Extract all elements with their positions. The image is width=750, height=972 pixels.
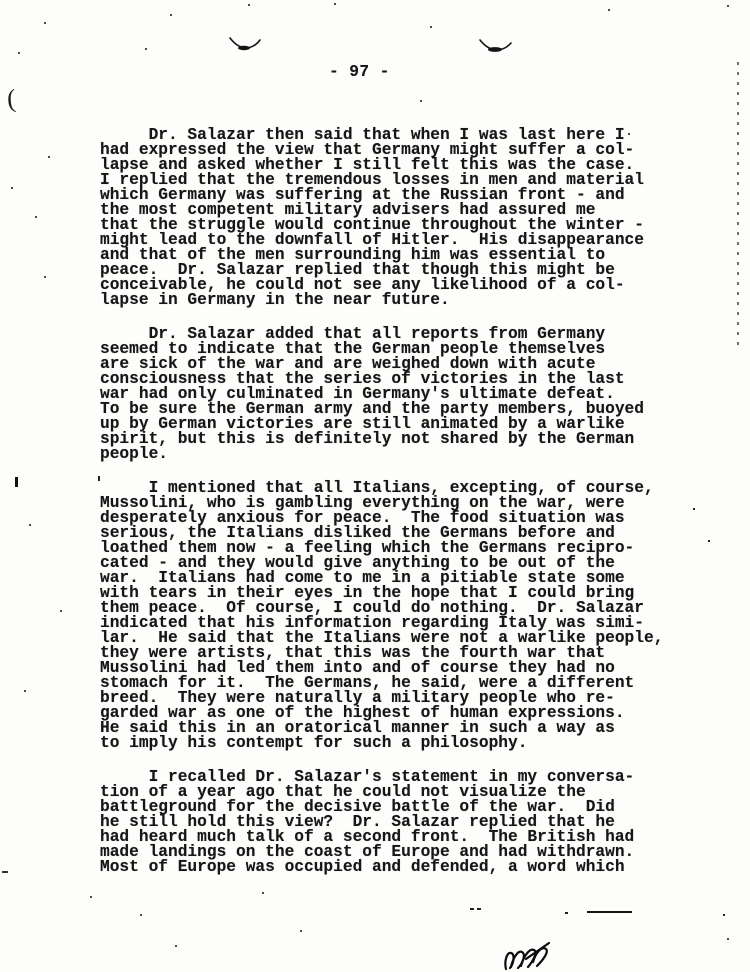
noise-dot: [44, 276, 46, 278]
noise-dot: [11, 187, 13, 189]
noise-dot: [48, 156, 50, 158]
binder-hole-shadow-right-icon: [479, 38, 513, 54]
noise-dot: [727, 5, 729, 7]
noise-dot: [248, 4, 250, 6]
noise-dot: [29, 524, 31, 526]
speck-mark: [693, 508, 695, 510]
paragraph-4: I recalled Dr. Salazar's statement in my…: [100, 770, 680, 875]
noise-dot: [145, 48, 147, 50]
noise-dot: [60, 610, 62, 612]
noise-dot: [430, 26, 432, 28]
scan-edge-dotted-line: [737, 62, 739, 346]
noise-dot: [420, 100, 422, 102]
margin-tick-mark: [15, 477, 18, 487]
speck-mark: [2, 871, 8, 873]
noise-dot: [300, 930, 302, 932]
paragraph-2: Dr. Salazar added that all reports from …: [100, 327, 680, 462]
noise-dot: [262, 892, 264, 894]
noise-dot: [334, 3, 336, 5]
bottom-dash-mark: [470, 908, 484, 910]
speck-mark: [98, 476, 100, 481]
noise-dot: [175, 945, 177, 947]
document-text-block: Dr. Salazar then said that when I was la…: [100, 128, 680, 894]
handwritten-initials-scribble: [502, 940, 552, 972]
speck-mark: [723, 914, 725, 916]
page-number: - 97 -: [329, 63, 390, 81]
noise-dot: [608, 9, 610, 11]
noise-dot: [628, 133, 630, 135]
speck-mark: [708, 540, 710, 542]
noise-dot: [24, 690, 26, 692]
speck-mark: [565, 912, 568, 914]
noise-dot: [44, 22, 46, 24]
noise-dot: [727, 938, 729, 940]
scanned-document-page: { "page": { "number_label": "- 97 -", "p…: [0, 0, 750, 972]
stray-paren-mark: (: [6, 84, 17, 115]
noise-dot: [18, 52, 20, 54]
noise-dot: [170, 14, 172, 16]
bottom-dash-line: [587, 911, 632, 913]
noise-dot: [35, 216, 37, 218]
noise-dot: [90, 896, 92, 898]
paragraph-1: Dr. Salazar then said that when I was la…: [100, 128, 680, 308]
noise-dot: [140, 914, 142, 916]
paragraph-3: I mentioned that all Italians, excepting…: [100, 481, 680, 751]
binder-hole-shadow-left-icon: [229, 36, 263, 52]
